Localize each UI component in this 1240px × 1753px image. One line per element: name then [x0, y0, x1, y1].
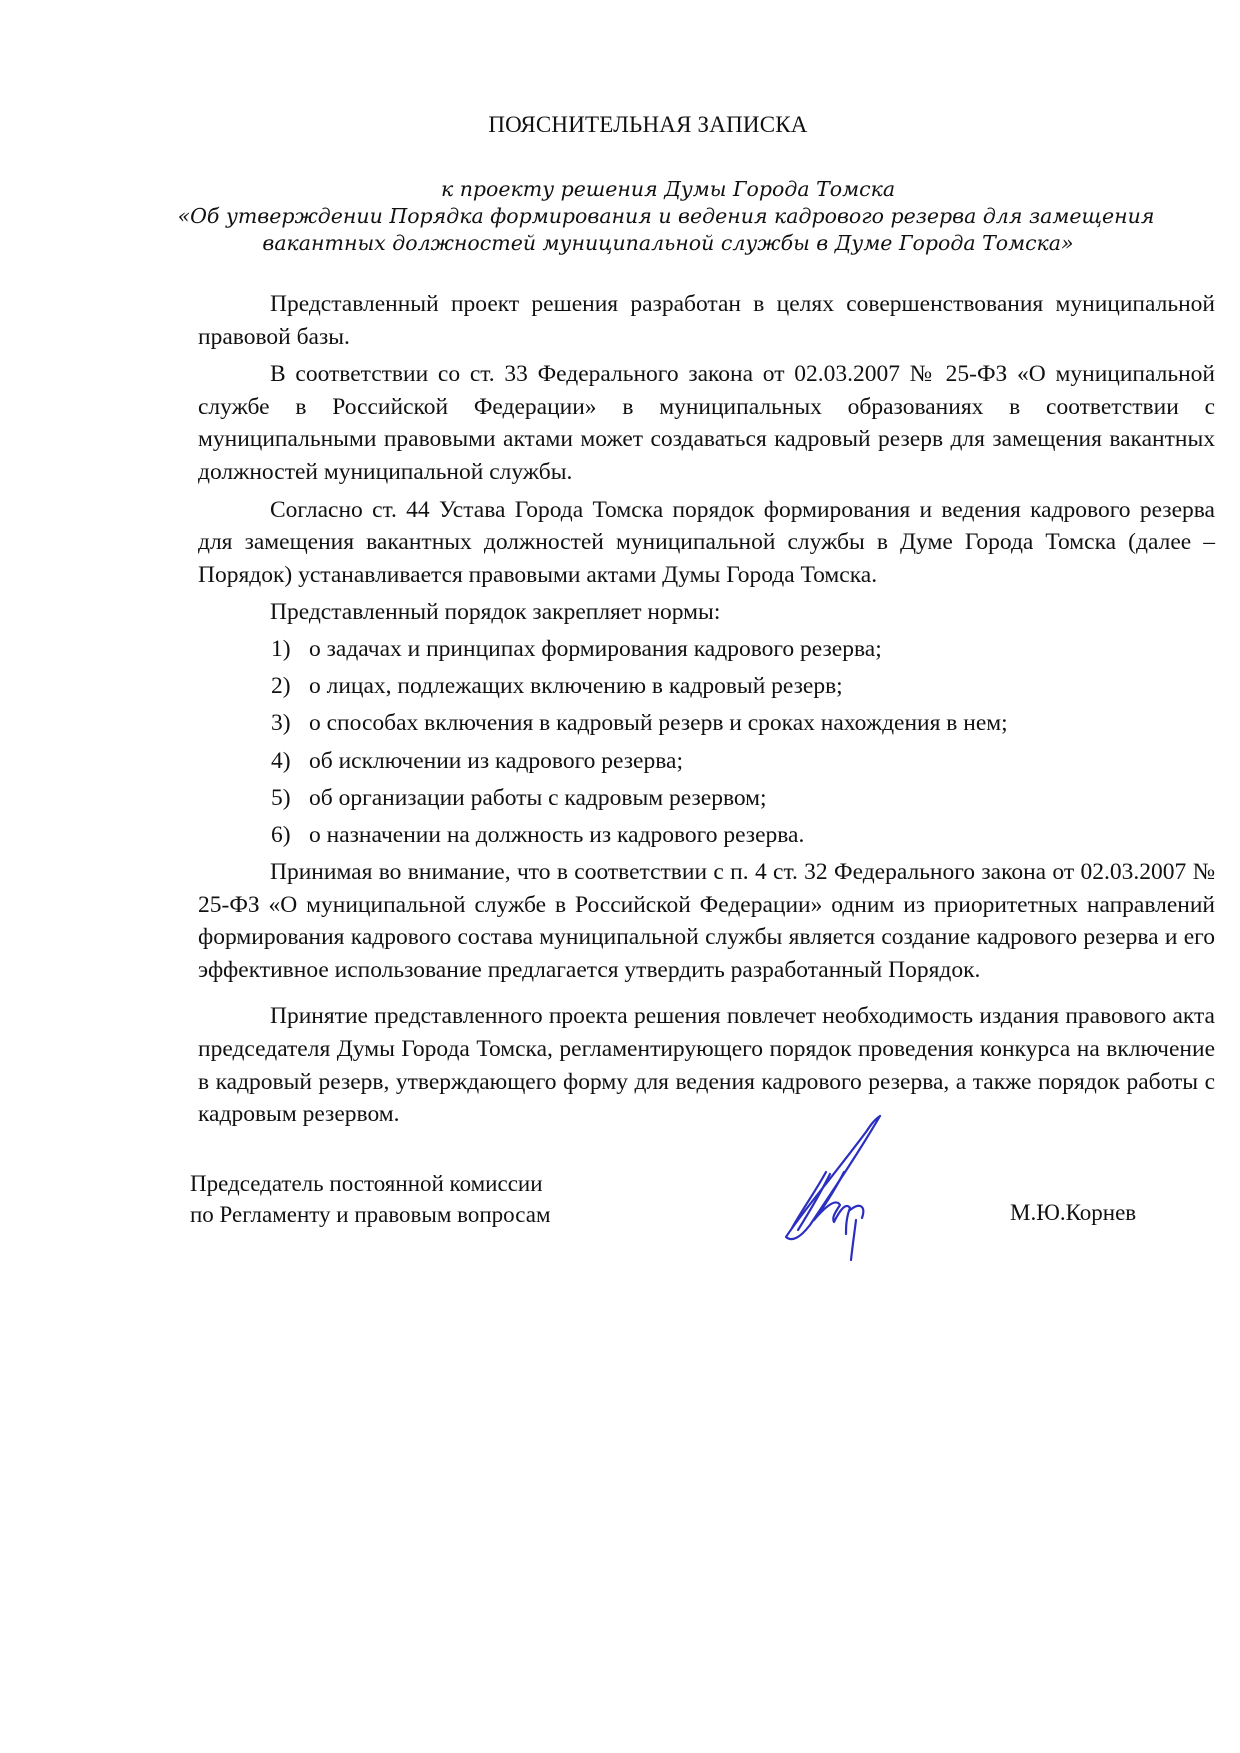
document-subtitle: к проекту решения Думы Города Томска «Об…	[48, 176, 1240, 257]
signatory-position: Председатель постоянной комиссии по Регл…	[190, 1168, 551, 1230]
list-item: 5)об организации работы с кадровым резер…	[198, 782, 1215, 815]
subtitle-line: «Об утверждении Порядка формирования и в…	[46, 203, 1240, 230]
list-text: о способах включения в кадровый резерв и…	[309, 710, 1008, 736]
list-number: 4)	[271, 745, 309, 778]
paragraph: Принятие представленного проекта решения…	[198, 1000, 1215, 1130]
signature-icon	[770, 1110, 910, 1270]
list-item: 3)о способах включения в кадровый резерв…	[198, 707, 1215, 740]
paragraph: Принимая во внимание, что в соответствии…	[198, 856, 1215, 986]
signatory-position-line: Председатель постоянной комиссии	[190, 1168, 551, 1199]
paragraph: Представленный проект решения разработан…	[198, 288, 1215, 353]
list-item: 6)о назначении на должность из кадрового…	[198, 819, 1215, 852]
subtitle-line: вакантных должностей муниципальной служб…	[48, 230, 1240, 257]
norms-list: 1)о задачах и принципах формирования кад…	[198, 633, 1215, 852]
subtitle-line: к проекту решения Думы Города Томска	[48, 176, 1240, 203]
signatory-position-line: по Регламенту и правовым вопросам	[190, 1199, 551, 1230]
document-page: ПОЯСНИТЕЛЬНАЯ ЗАПИСКА к проекту решения …	[0, 0, 1240, 1753]
list-number: 3)	[271, 707, 309, 740]
document-body: Представленный проект решения разработан…	[198, 288, 1215, 1136]
list-text: об исключении из кадрового резерва;	[309, 748, 683, 774]
list-number: 1)	[271, 633, 309, 666]
list-text: о лицах, подлежащих включению в кадровый…	[309, 673, 843, 699]
list-number: 5)	[271, 782, 309, 815]
list-text: о назначении на должность из кадрового р…	[309, 822, 804, 848]
list-item: 4)об исключении из кадрового резерва;	[198, 745, 1215, 778]
signatory-name: М.Ю.Корнев	[1010, 1200, 1136, 1226]
list-item: 2)о лицах, подлежащих включению в кадров…	[198, 670, 1215, 703]
list-text: о задачах и принципах формирования кадро…	[309, 636, 882, 662]
paragraph: Согласно ст. 44 Устава Города Томска пор…	[198, 494, 1215, 592]
list-item: 1)о задачах и принципах формирования кад…	[198, 633, 1215, 666]
paragraph: В соответствии со ст. 33 Федерального за…	[198, 358, 1215, 488]
list-number: 6)	[271, 819, 309, 852]
list-number: 2)	[271, 670, 309, 703]
paragraph: Представленный порядок закрепляет нормы:	[198, 596, 1215, 629]
document-title: ПОЯСНИТЕЛЬНАЯ ЗАПИСКА	[28, 112, 1240, 138]
list-text: об организации работы с кадровым резерво…	[309, 785, 767, 811]
